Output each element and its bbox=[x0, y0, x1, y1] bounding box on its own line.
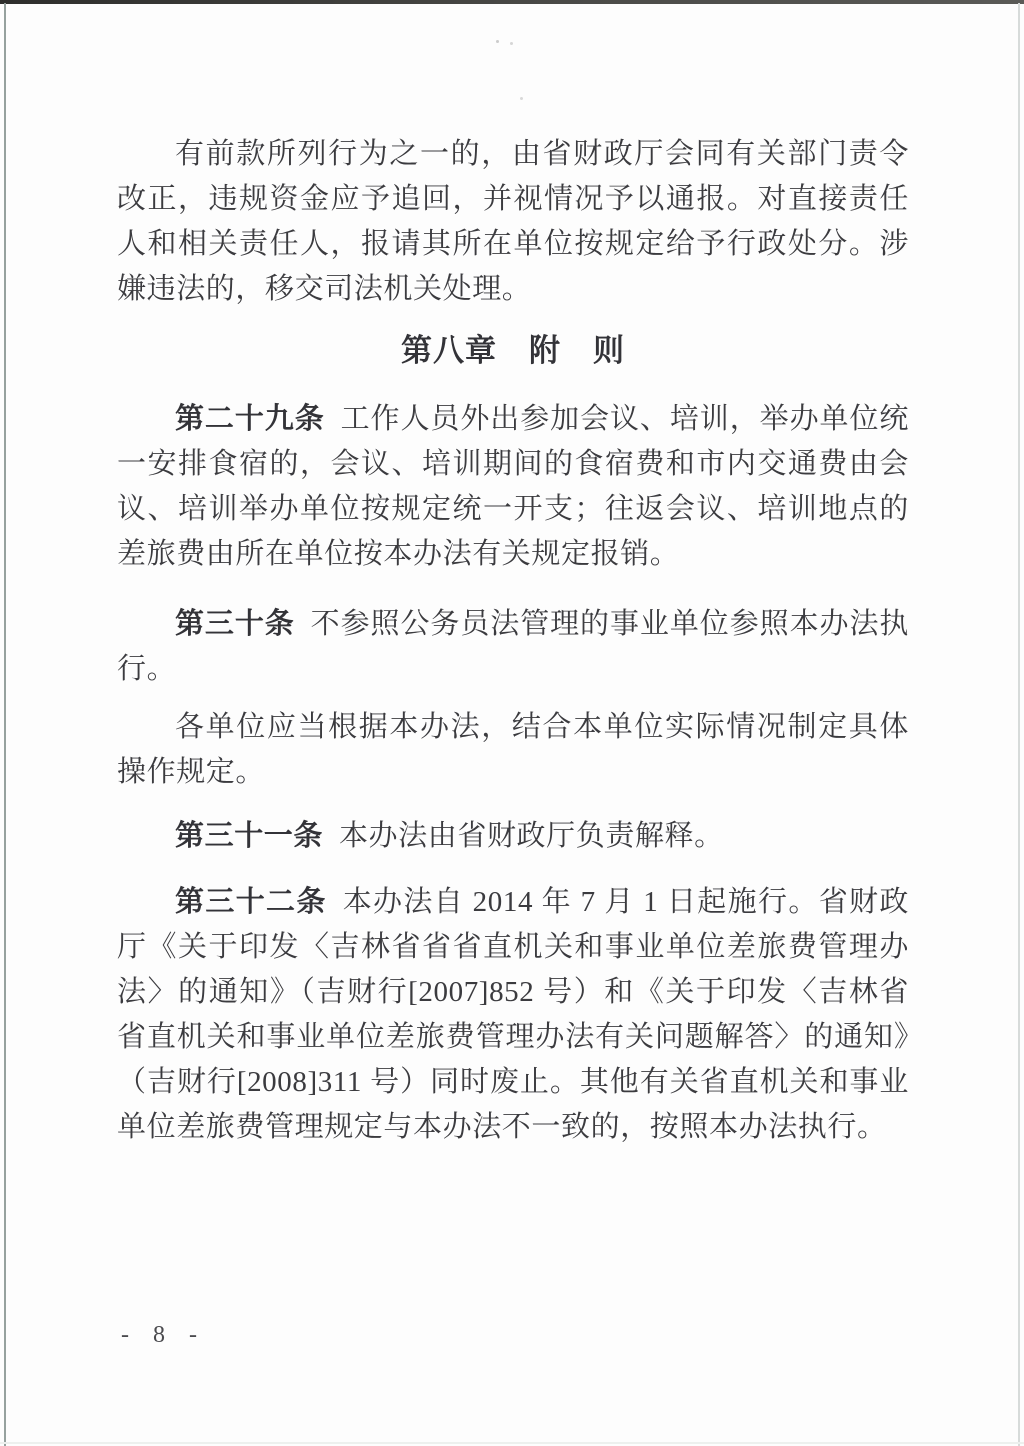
scan-border-right bbox=[1018, 3, 1020, 1446]
paragraph-text: 本办法由省财政厅负责解释。 bbox=[339, 820, 724, 852]
article-lead: 第二十九条 bbox=[175, 403, 325, 435]
scan-border-bottom bbox=[0, 1442, 1024, 1444]
article-lead: 第三十二条 bbox=[175, 886, 327, 918]
paragraph-text: 有前款所列行为之一的，由省财政厅会同有关部门责令改正，违规资金应予追回，并视情况… bbox=[117, 138, 909, 305]
paragraph-article-30: 第三十条不参照公务员法管理的事业单位参照本办法执行。 bbox=[117, 602, 909, 692]
article-lead: 第三十一条 bbox=[175, 820, 323, 852]
article-lead: 第三十条 bbox=[175, 608, 295, 640]
paragraph-article-31: 第三十一条本办法由省财政厅负责解释。 bbox=[117, 814, 909, 859]
paragraph-text: 各单位应当根据本办法，结合本单位实际情况制定具体操作规定。 bbox=[117, 711, 909, 788]
scan-noise-speck bbox=[496, 40, 499, 43]
document-content: 有前款所列行为之一的，由省财政厅会同有关部门责令改正，违规资金应予追回，并视情况… bbox=[117, 132, 909, 1150]
paragraph-unit-rules: 各单位应当根据本办法，结合本单位实际情况制定具体操作规定。 bbox=[117, 705, 909, 795]
paragraph-text: 本办法自 2014 年 7 月 1 日起施行。省财政厅《关于印发〈吉林省省省直机… bbox=[117, 886, 909, 1143]
scan-border-top bbox=[0, 0, 1024, 4]
scanned-document-page: 有前款所列行为之一的，由省财政厅会同有关部门责令改正，违规资金应予追回，并视情况… bbox=[0, 0, 1024, 1446]
scan-border-left bbox=[4, 3, 6, 1446]
chapter-heading: 第八章 附 则 bbox=[117, 328, 909, 373]
paragraph-penalty-clause: 有前款所列行为之一的，由省财政厅会同有关部门责令改正，违规资金应予追回，并视情况… bbox=[117, 132, 909, 312]
page-number: - 8 - bbox=[121, 1322, 206, 1349]
scan-noise-speck bbox=[520, 97, 523, 100]
paragraph-article-32: 第三十二条本办法自 2014 年 7 月 1 日起施行。省财政厅《关于印发〈吉林… bbox=[117, 880, 909, 1150]
paragraph-article-29: 第二十九条工作人员外出参加会议、培训，举办单位统一安排食宿的，会议、培训期间的食… bbox=[117, 397, 909, 577]
